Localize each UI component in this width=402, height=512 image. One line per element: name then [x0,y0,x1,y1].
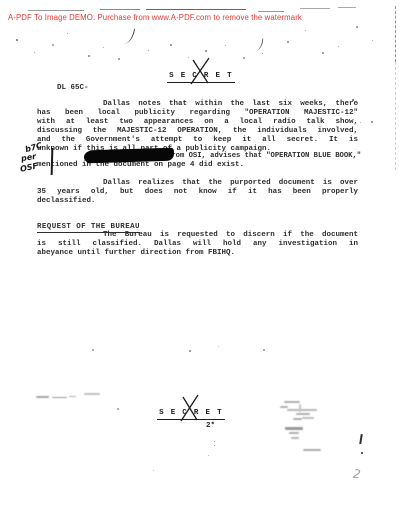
noise-speck [153,470,154,471]
noise-speck [118,58,120,60]
noise-speck [92,349,94,351]
page-number-typed: 2* [206,422,215,430]
faded-stamp-artifact [289,432,299,434]
paragraph-line: Dallas notes that within the last six we… [37,100,358,109]
scan-artifact-dash [36,396,49,398]
faded-stamp-artifact [284,401,300,403]
noise-speck [371,121,373,123]
faded-stamp-artifact [280,406,288,408]
faded-stamp-artifact [293,418,302,420]
noise-speck [360,122,361,123]
noise-speck [214,441,215,442]
noise-speck [188,57,189,58]
paragraph-line: with at least two appearances on a local… [37,118,358,127]
paragraph-4: The Bureau is requested to discern if th… [37,231,358,258]
scan-artifact-line [258,11,284,12]
faded-stamp-artifact [303,449,321,451]
noise-speck [218,346,219,347]
scan-artifact-line [100,9,140,10]
crossout-x-icon [177,393,205,423]
noise-speck [117,408,119,410]
pen-mark-artifact [255,38,264,52]
paragraph-1: Dallas notes that within the last six we… [37,100,358,153]
noise-speck [170,44,172,46]
paragraph-line: has been local publicity regarding "OPER… [37,109,358,118]
noise-speck [352,99,354,101]
scanned-document-page: A-PDF To Image DEMO: Purchase from www.A… [0,0,402,512]
noise-speck [88,55,90,57]
paragraph-line: is still classified. Dallas will hold an… [37,240,358,249]
pen-tick-artifact [359,434,362,444]
paragraph-3: Dallas realizes that the purported docum… [37,179,358,206]
watermark-text: A-PDF To Image DEMO: Purchase from www.A… [8,13,338,22]
noise-speck [208,455,209,456]
noise-speck [148,50,149,51]
noise-speck [16,39,18,41]
noise-speck [305,30,306,31]
paragraph-line: abeyance until further direction from FB… [37,249,358,258]
scan-artifact-dash [84,393,100,395]
faded-stamp-artifact [299,404,301,412]
pen-dot-artifact [361,452,363,454]
scan-artifact-line [300,8,330,9]
faded-stamp-artifact [291,437,299,439]
faded-stamp-artifact [287,409,317,411]
noise-speck [189,350,191,352]
paragraph-line: mentioned in the document on page 4 did … [37,161,358,170]
noise-speck [372,40,373,41]
faded-stamp-artifact [285,427,303,430]
paragraph-line: Dallas realizes that the purported docum… [37,179,358,188]
scan-artifact-line [338,7,356,8]
paragraph-line: 35 years old, but does not know if it ha… [37,188,358,197]
noise-speck [322,52,324,54]
paragraph-line: The Bureau is requested to discern if th… [37,231,358,240]
noise-speck [52,44,54,46]
noise-speck [243,57,245,59]
scan-artifact-dash [69,396,76,397]
pen-mark-artifact [123,27,135,44]
noise-speck [214,445,215,446]
paragraph-line: declassified. [37,197,358,206]
paragraph-line: discussing the MAJESTIC-12 OPERATION, th… [37,127,358,136]
paragraph-line: and the Government's attempt to keep it … [37,136,358,145]
noise-speck [287,41,289,43]
noise-speck [225,45,226,46]
page-number-handwritten: 2 [352,467,361,482]
scan-edge-artifact [395,6,396,62]
scan-artifact-dash [52,397,67,398]
scan-artifact-line [146,9,246,10]
noise-speck [356,26,358,28]
noise-speck [262,53,263,54]
faded-stamp-artifact [302,417,314,419]
scan-artifact-line [28,10,84,11]
noise-speck [205,50,207,52]
faded-stamp-artifact [296,413,310,415]
noise-speck [34,52,35,53]
file-number: DL 65C- [57,84,89,92]
noise-speck [103,47,104,48]
redaction-bar [86,148,174,164]
noise-speck [357,103,358,104]
noise-speck [338,46,339,47]
noise-speck [67,33,68,34]
noise-speck [263,349,265,351]
crossout-x-icon [186,56,216,86]
